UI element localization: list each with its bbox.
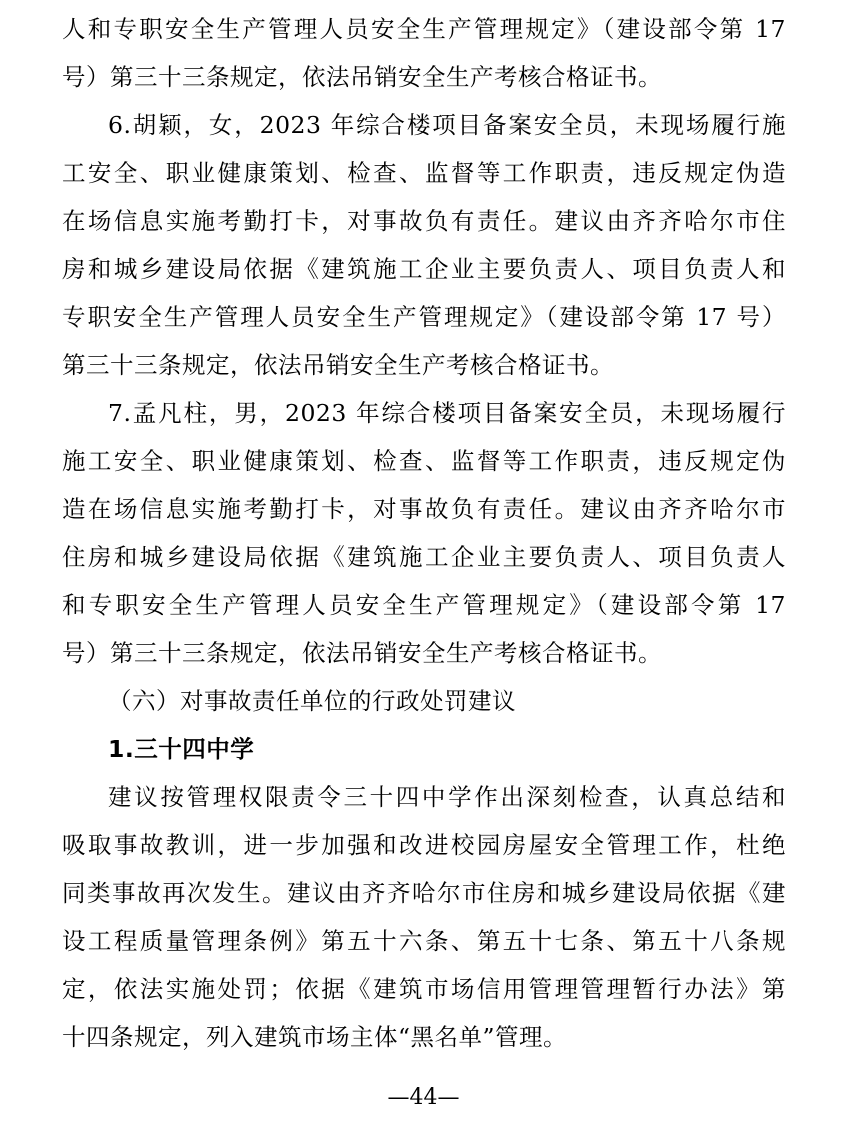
text-line: 十四条规定，列入建筑市场主体“黑名单”管理。: [62, 1022, 786, 1052]
text-line: 人和专职安全生产管理人员安全生产管理规定》（建设部令第 17: [62, 14, 786, 44]
text-line: 造在场信息实施考勤打卡，对事故负有责任。建议由齐齐哈尔市: [62, 494, 786, 524]
text-line: 设工程质量管理条例》第五十六条、第五十七条、第五十八条规: [62, 926, 786, 956]
text-line: 在场信息实施考勤打卡，对事故负有责任。建议由齐齐哈尔市住: [62, 206, 786, 236]
text-line: 7.孟凡柱，男，2023 年综合楼项目备案安全员，未现场履行: [108, 398, 786, 428]
text-line: 定，依法实施处罚；依据《建筑市场信用管理管理暂行办法》第: [62, 974, 786, 1004]
text-line: 第三十三条规定，依法吊销安全生产考核合格证书。: [62, 350, 786, 380]
text-line: 号）第三十三条规定，依法吊销安全生产考核合格证书。: [62, 62, 786, 92]
text-line: 6.胡颖，女，2023 年综合楼项目备案安全员，未现场履行施: [108, 110, 786, 140]
text-line: 房和城乡建设局依据《建筑施工企业主要负责人、项目负责人和: [62, 254, 786, 284]
text-line: 建议按管理权限责令三十四中学作出深刻检查，认真总结和: [108, 782, 786, 812]
text-line: 专职安全生产管理人员安全生产管理规定》（建设部令第 17 号）: [62, 302, 786, 332]
text-line: （六）对事故责任单位的行政处罚建议: [108, 686, 786, 716]
text-line: 工安全、职业健康策划、检查、监督等工作职责，违反规定伪造: [62, 158, 786, 188]
text-line: 施工安全、职业健康策划、检查、监督等工作职责，违反规定伪: [62, 446, 786, 476]
text-line: 住房和城乡建设局依据《建筑施工企业主要负责人、项目负责人: [62, 542, 786, 572]
text-line: 吸取事故教训，进一步加强和改进校园房屋安全管理工作，杜绝: [62, 830, 786, 860]
text-line: 号）第三十三条规定，依法吊销安全生产考核合格证书。: [62, 638, 786, 668]
text-line: 同类事故再次发生。建议由齐齐哈尔市住房和城乡建设局依据《建: [62, 878, 786, 908]
section-heading: 1.三十四中学: [108, 734, 786, 764]
page-number: —44—: [0, 1083, 847, 1113]
text-line: 和专职安全生产管理人员安全生产管理规定》（建设部令第 17: [62, 590, 786, 620]
